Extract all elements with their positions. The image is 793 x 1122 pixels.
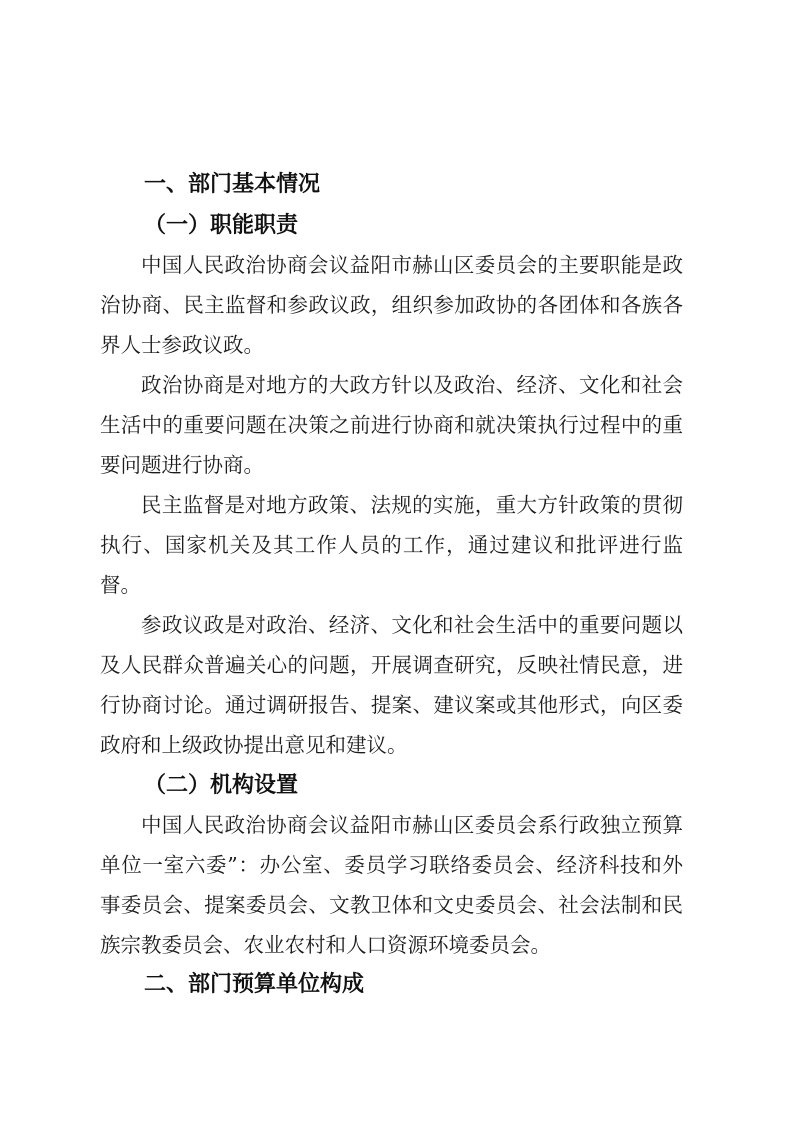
document-body: 一、部门基本情况 （一）职能职责 中国人民政治协商会议益阳市赫山区委员会的主要职… — [100, 165, 683, 1005]
paragraph-political-consultation: 政治协商是对地方的大政方针以及政治、经济、文化和社会生活中的重要问题在决策之前进… — [100, 365, 683, 485]
paragraph-main-functions: 中国人民政治协商会议益阳市赫山区委员会的主要职能是政治协商、民主监督和参政议政，… — [100, 245, 683, 365]
section-heading-department-basics: 一、部门基本情况 — [100, 165, 683, 205]
subsection-heading-organization: （二）机构设置 — [100, 765, 683, 805]
document-page: 一、部门基本情况 （一）职能职责 中国人民政治协商会议益阳市赫山区委员会的主要职… — [0, 0, 793, 1122]
paragraph-organization-setup: 中国人民政治协商会议益阳市赫山区委员会系行政独立预算单位一室六委”：办公室、委员… — [100, 805, 683, 965]
paragraph-participation-deliberation: 参政议政是对政治、经济、文化和社会生活中的重要问题以及人民群众普遍关心的问题，开… — [100, 605, 683, 765]
subsection-heading-duties: （一）职能职责 — [100, 205, 683, 245]
section-heading-budget-units: 二、部门预算单位构成 — [100, 965, 683, 1005]
paragraph-democratic-supervision: 民主监督是对地方政策、法规的实施，重大方针政策的贯彻执行、国家机关及其工作人员的… — [100, 485, 683, 605]
